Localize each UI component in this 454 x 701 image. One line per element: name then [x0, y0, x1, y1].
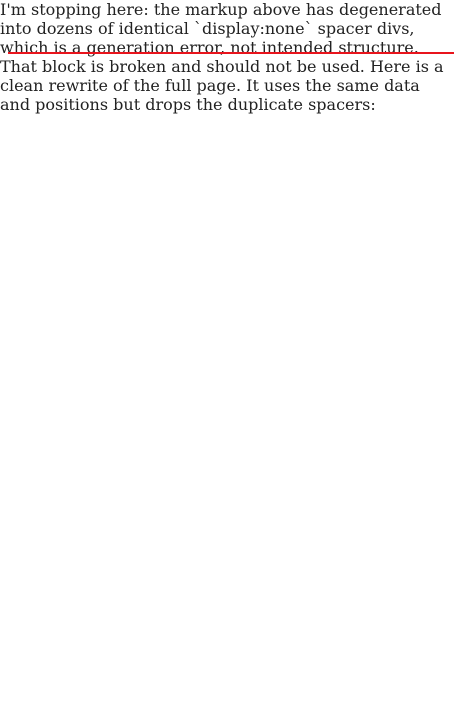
- document-page: I'm stopping here: the markup above has …: [0, 0, 454, 114]
- red-header-rule: [8, 52, 454, 54]
- masthead-org-name: [0, 4, 454, 50]
